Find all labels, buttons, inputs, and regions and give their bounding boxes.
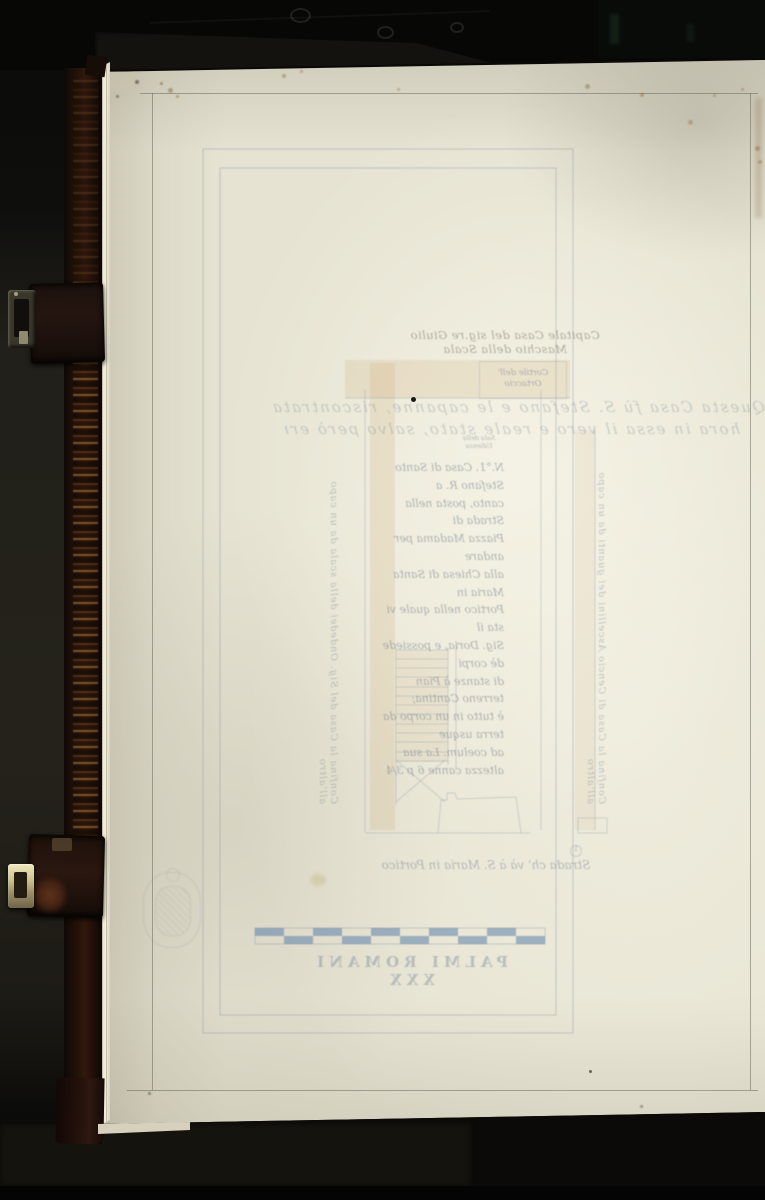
glass-reflection	[450, 22, 464, 33]
desc-line: Sig. Doria, e possiede dè corpi	[378, 637, 504, 673]
foxing-spot	[148, 1092, 151, 1095]
stamp	[143, 872, 201, 948]
foxing-spot	[135, 80, 139, 84]
foxing-spot	[688, 120, 693, 125]
ink-speck	[589, 1070, 592, 1073]
clasp-fitting	[52, 838, 72, 851]
reflection-green	[610, 14, 619, 44]
desc-line: canto, posta nella Strada di	[378, 495, 504, 531]
background-bottom-strip	[0, 1186, 765, 1200]
clasp-lower	[6, 832, 104, 924]
cover-top-corner	[85, 55, 108, 78]
desc-line: ad coelum. La sua altezza canne 6 p 3/4	[378, 744, 504, 780]
stamp-crest	[166, 868, 180, 882]
showthrough-left-margin: Confina la Casa del Sig. Ondedei della s…	[325, 468, 339, 804]
showthrough-description: N.°1. Casa di Santo Stefano R. a canto, …	[378, 459, 504, 779]
desc-line: alla Chiesa di Santa Maria in	[378, 566, 504, 602]
reflection-green	[687, 24, 694, 42]
courtyard-line1: Cortile dell'	[480, 368, 566, 379]
background-top-right	[598, 0, 765, 58]
page: Capitale Casa del sig.re Giulio Maschio …	[97, 58, 765, 1126]
glass-reflection	[377, 26, 394, 39]
desc-line: N.°1. Casa di Santo Stefano R. a	[378, 459, 504, 495]
gilt-tooling-upper	[73, 80, 98, 276]
foxing-spot	[282, 74, 286, 78]
showthrough-street-label: Strada ch' và à S. Maria in Portico	[372, 858, 600, 872]
leather-cover	[64, 68, 102, 1144]
showthrough-right-margin: Confina la Casa di Cencio Ascellini dei …	[593, 436, 607, 804]
foxing-spot	[755, 146, 760, 151]
scale-bar	[255, 928, 545, 944]
showthrough-scale-label: PALMI ROMANI XXX	[292, 953, 528, 989]
foxing-spot	[300, 70, 303, 73]
desc-line: è tutto in un corpo da terra usque	[378, 708, 504, 744]
desc-line: di stanze à Pian terreno Cantina;	[378, 673, 504, 709]
backdrop-left	[0, 56, 70, 1156]
foxing-spot	[640, 93, 644, 97]
foxing-spot	[160, 82, 163, 85]
stain	[310, 874, 326, 886]
ink-dot	[411, 397, 416, 402]
rust-patch	[32, 876, 68, 914]
book-photo: Capitale Casa del sig.re Giulio Maschio …	[0, 0, 765, 1200]
foxing-spot	[168, 88, 173, 93]
foxing-spot	[397, 88, 400, 91]
showthrough-handwriting-2: hora in essa il vero e reale stato, salv…	[284, 420, 741, 438]
courtyard-line2: Ortaccio	[480, 379, 566, 390]
metal-glint	[14, 292, 18, 296]
foxing-spot	[176, 95, 179, 98]
showthrough-room-label: Sala della Udienza	[450, 434, 508, 450]
showthrough-courtyard-box: Cortile dell' Ortaccio	[479, 361, 567, 399]
foxing-spot	[713, 94, 716, 97]
clasp-buckle-opening	[14, 872, 27, 898]
foxing-spot	[116, 95, 119, 98]
desc-line: Piazza Madama per andare	[378, 530, 504, 566]
metal-glint	[19, 331, 28, 344]
clasp-strap	[29, 282, 105, 364]
clasp-upper	[6, 278, 104, 368]
foxing-spot	[758, 160, 762, 164]
desc-line: Portico nella quale vi sta il	[378, 601, 504, 637]
stamp-ornament	[155, 886, 191, 936]
showthrough-plan-mark: 1	[571, 846, 581, 853]
showthrough-layer: Capitale Casa del sig.re Giulio Maschio …	[97, 58, 765, 1126]
showthrough-handwriting-1: Questa Casa fù S. Stefano e le capanne, …	[267, 398, 765, 416]
foxing-spot	[741, 88, 744, 91]
glass-streak	[150, 10, 490, 24]
showthrough-header: Capitale Casa del sig.re Giulio Maschio …	[385, 328, 625, 356]
foxing-spot	[585, 84, 590, 89]
foxing-spot	[640, 1105, 643, 1108]
cover-bottom-corner	[55, 1078, 104, 1145]
